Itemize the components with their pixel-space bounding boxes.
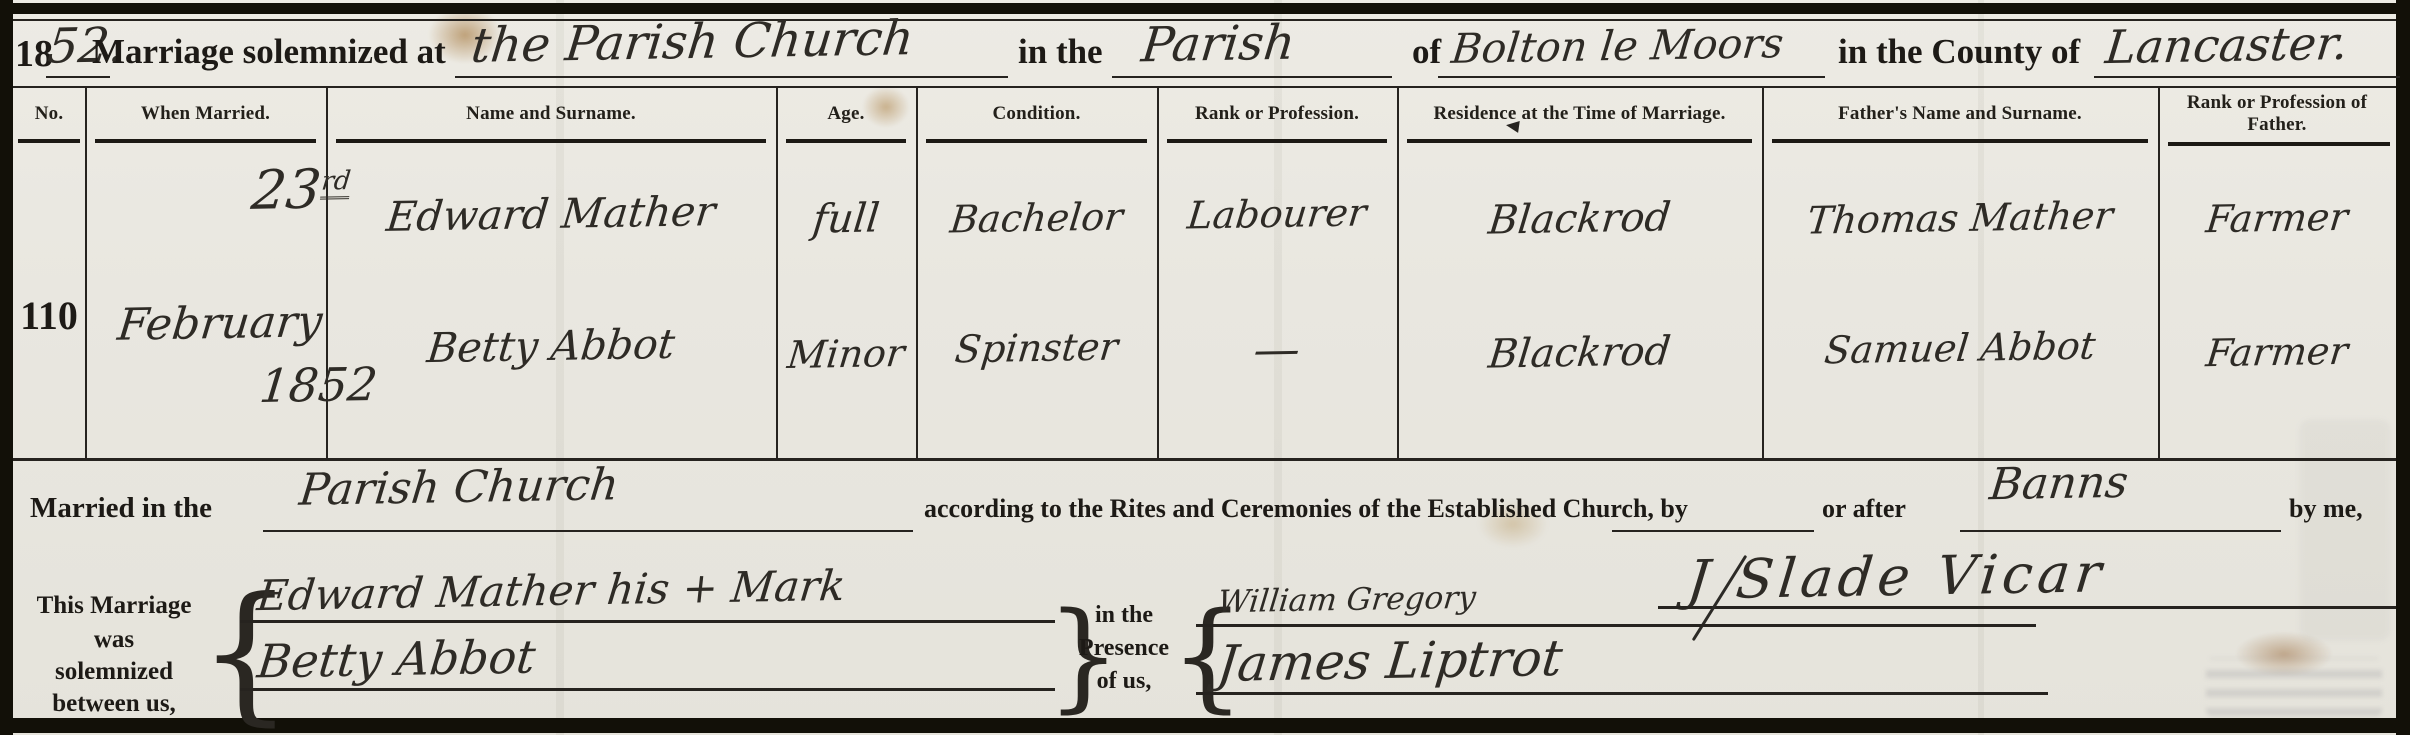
left-border-rule bbox=[0, 0, 13, 735]
bride-residence: Blackrod bbox=[1394, 327, 1765, 379]
header-name-surname: Name and Surname. bbox=[326, 103, 776, 125]
groom-rank: Labourer bbox=[1154, 190, 1399, 238]
bleed-through-ghost bbox=[2206, 658, 2382, 716]
header-residence: Residence at the Time of Marriage. bbox=[1397, 103, 1762, 125]
of-label: of bbox=[1412, 32, 1441, 72]
ink-mark bbox=[1505, 119, 1520, 133]
attestation-label-line: was bbox=[15, 626, 213, 654]
header-rule-segment bbox=[786, 139, 906, 143]
header-rule-segment bbox=[1772, 139, 2148, 143]
parish-blank-line bbox=[1438, 76, 1825, 78]
groom-father-name: Thomas Mather bbox=[1759, 193, 2160, 244]
bride-age: Minor bbox=[774, 331, 919, 377]
groom-age: full bbox=[773, 195, 918, 243]
bride-father-rank: Farmer bbox=[2155, 328, 2398, 376]
banns-handwritten: Banns bbox=[1987, 457, 2130, 510]
party-signature-line-2 bbox=[240, 688, 1055, 691]
bride-rank-dash: — bbox=[1154, 320, 1400, 378]
by-blank-line bbox=[1612, 530, 1814, 532]
table-top-rule bbox=[13, 86, 2396, 88]
right-border-rule bbox=[2396, 0, 2410, 735]
header-father-rank: Rank or Profession of Father. bbox=[2158, 92, 2396, 137]
witness-signature-2: James Liptrot bbox=[1215, 629, 1566, 693]
bride-father-name: Samuel Abbot bbox=[1759, 323, 2160, 374]
witness-signature-1: William Gregory bbox=[1216, 580, 1478, 620]
header-rule-segment bbox=[2168, 142, 2390, 146]
top-border-rule bbox=[0, 3, 2410, 14]
rites-label: according to the Rites and Ceremonies of… bbox=[924, 494, 1688, 524]
presence-label: in the Presence of us, bbox=[1078, 602, 1170, 695]
column-divider bbox=[776, 87, 778, 460]
ink-stain bbox=[2236, 632, 2332, 676]
by-me-label: by me, bbox=[2289, 494, 2363, 524]
column-divider bbox=[1397, 87, 1399, 460]
county-label: in the County of bbox=[1838, 32, 2080, 72]
header-rule-segment bbox=[926, 139, 1147, 143]
witness-signature-line-1 bbox=[1196, 624, 2036, 627]
party-signature-2: Betty Abbot bbox=[255, 630, 538, 689]
bride-name: Betty Abbot bbox=[333, 318, 769, 373]
header-rule-segment bbox=[95, 139, 316, 143]
header-rule-segment bbox=[1407, 139, 1752, 143]
header-rule-segment bbox=[1167, 139, 1387, 143]
county-blank-line bbox=[2094, 76, 2400, 78]
witness-signature-line-2 bbox=[1196, 692, 2048, 695]
party-signature-line-1 bbox=[240, 620, 1055, 623]
header-rule-segment bbox=[336, 139, 766, 143]
year-blank-line bbox=[46, 76, 110, 78]
groom-residence: Blackrod bbox=[1394, 193, 1765, 245]
header-father-name: Father's Name and Surname. bbox=[1762, 103, 2158, 125]
header-rule-segment bbox=[18, 139, 80, 143]
or-after-label: or after bbox=[1822, 494, 1906, 524]
header-rank-profession: Rank or Profession. bbox=[1157, 103, 1397, 125]
parish-handwritten: Bolton le Moors bbox=[1449, 19, 1786, 73]
column-divider bbox=[916, 87, 918, 460]
column-divider bbox=[85, 87, 87, 460]
day-value: 23 bbox=[249, 158, 324, 222]
header-condition: Condition. bbox=[916, 103, 1157, 125]
attestation-label-line: solemnized bbox=[15, 658, 213, 686]
attestation-label-line: This Marriage bbox=[15, 592, 213, 620]
when-married-month: February bbox=[92, 296, 348, 351]
column-divider bbox=[2158, 87, 2160, 460]
presence-label-line: in the bbox=[1078, 602, 1170, 629]
place-handwritten: the Parish Church bbox=[469, 10, 917, 74]
bride-condition: Spinster bbox=[913, 324, 1159, 372]
church-handwritten: Parish Church bbox=[297, 459, 621, 516]
place-blank-line bbox=[455, 76, 1008, 78]
party-signature-1: Edward Mather his + Mark bbox=[255, 561, 848, 620]
church-blank-line bbox=[263, 530, 913, 532]
column-divider bbox=[1762, 87, 1764, 460]
banns-blank-line bbox=[1960, 530, 2281, 532]
district-blank-line bbox=[1112, 76, 1392, 78]
attestation-left-label: This Marriage was solemnized between us, bbox=[15, 592, 213, 718]
groom-father-rank: Farmer bbox=[2155, 194, 2398, 242]
groom-name: Edward Mather bbox=[333, 186, 769, 241]
attestation-label-line: between us, bbox=[15, 690, 213, 718]
header-no: No. bbox=[13, 103, 85, 125]
marriage-register-scan: 18 52. Marriage solemnized at the Parish… bbox=[0, 0, 2410, 735]
presence-label-line: of us, bbox=[1078, 668, 1170, 695]
officiant-signature: J Slade Vicar bbox=[1684, 541, 2109, 611]
county-handwritten: Lancaster. bbox=[2103, 16, 2351, 74]
column-divider bbox=[1157, 87, 1159, 460]
solemnized-label: Marriage solemnized at bbox=[92, 32, 446, 72]
header-age: Age. bbox=[776, 103, 916, 125]
presence-label-line: Presence bbox=[1078, 635, 1170, 662]
groom-condition: Bachelor bbox=[913, 194, 1159, 242]
officiant-signature-line bbox=[1658, 606, 2396, 609]
district-handwritten: Parish bbox=[1139, 15, 1298, 74]
entry-number: 110 bbox=[13, 292, 85, 339]
header-when-married: When Married. bbox=[85, 103, 326, 125]
in-the-label: in the bbox=[1018, 32, 1103, 72]
married-in-label: Married in the bbox=[30, 492, 212, 525]
